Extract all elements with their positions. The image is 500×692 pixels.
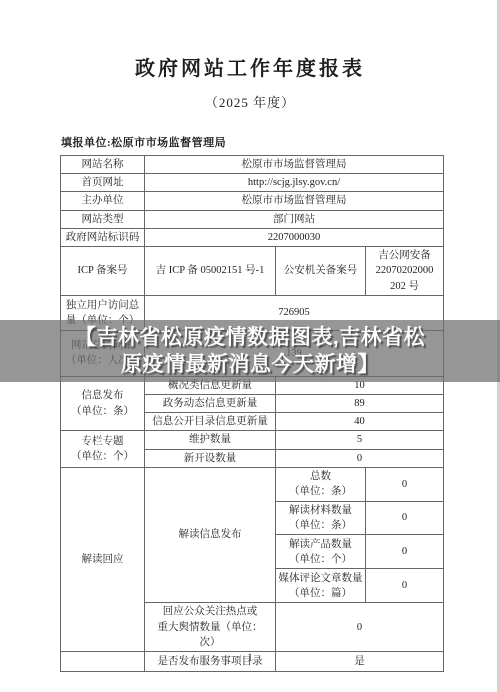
interpret-material-label: 解读材料数量 （单位：条） [276, 501, 366, 534]
row-value-site-type: 部门网站 [145, 210, 444, 228]
new-columns-value: 0 [276, 449, 444, 467]
maintained-count-label: 维护数量 [145, 431, 276, 449]
new-columns-label: 新开设数量 [145, 449, 276, 467]
report-page: 政府网站工作年度报表 （2025 年度） 填报单位:松原市市场监督管理局 网站名… [0, 0, 500, 692]
table-row: 主办单位 松原市市场监督管理局 [61, 192, 444, 210]
icp-label: ICP 备案号 [61, 247, 145, 296]
watermark-text-line2: 原疫情最新消息今天新增】 [121, 351, 379, 378]
table-row: 首页网址 http://scjg.jlsy.gov.cn/ [61, 174, 444, 192]
interpret-total-value: 0 [366, 467, 444, 501]
icp-value: 吉 ICP 备 05002151 号-1 [145, 247, 276, 296]
table-row-interpretation: 解读回应 解读信息发布 总数 （单位：条） 0 [61, 467, 444, 501]
row-value-homepage-url: http://scjg.jlsy.gov.cn/ [145, 174, 444, 192]
media-comment-value: 0 [366, 569, 444, 603]
info-dynamics-value: 89 [276, 394, 444, 412]
interpret-publish-label: 解读信息发布 [145, 467, 276, 602]
info-catalog-value: 40 [276, 413, 444, 431]
info-publish-section-label: 信息发布 （单位：条） [61, 376, 145, 431]
row-label-homepage-url: 首页网址 [61, 174, 145, 192]
interpret-product-label: 解读产品数量 （单位：个） [276, 535, 366, 569]
maintained-count-value: 5 [276, 431, 444, 449]
hotspot-response-label: 回应公众关注热点或 重大舆情数量（单位： 次） [145, 603, 276, 652]
police-filing-value: 吉公网安备 22070202000 202 号 [366, 247, 444, 296]
table-row: 网站名称 松原市市场监督管理局 [61, 156, 444, 174]
report-year-subtitle: （2025 年度） [0, 92, 500, 111]
row-label-site-type: 网站类型 [61, 210, 145, 228]
interpret-material-value: 0 [366, 501, 444, 534]
interpret-product-value: 0 [366, 535, 444, 569]
reporting-unit-line: 填报单位:松原市市场监督管理局 [61, 134, 226, 150]
row-value-site-id-code: 2207000030 [145, 228, 444, 246]
police-filing-label: 公安机关备案号 [276, 247, 366, 296]
info-dynamics-label: 政务动态信息更新量 [145, 394, 276, 412]
row-value-host-unit: 松原市市场监督管理局 [145, 192, 444, 210]
media-comment-label: 媒体评论文章数量 （单位：篇） [276, 569, 366, 603]
table-row: 网站类型 部门网站 [61, 210, 444, 228]
table-row: 政府网站标识码 2207000030 [61, 228, 444, 246]
table-row-special-columns: 专栏专题 （单位：个） 维护数量 5 [61, 431, 444, 449]
page-title: 政府网站工作年度报表 [0, 52, 500, 81]
interpret-total-label: 总数 （单位：条） [276, 467, 366, 501]
hotspot-response-value: 0 [276, 603, 444, 652]
response-section-label: 解读回应 [61, 467, 145, 651]
row-label-site-name: 网站名称 [61, 156, 145, 174]
table-row-icp: ICP 备案号 吉 ICP 备 05002151 号-1 公安机关备案号 吉公网… [61, 247, 444, 296]
info-catalog-label: 信息公开目录信息更新量 [145, 413, 276, 431]
row-value-site-name: 松原市市场监督管理局 [145, 156, 444, 174]
page-number: 1 [0, 650, 500, 665]
row-label-site-id-code: 政府网站标识码 [61, 228, 145, 246]
annual-report-table: 网站名称 松原市市场监督管理局 首页网址 http://scjg.jlsy.go… [60, 155, 444, 672]
watermark-text-line1: 【吉林省松原疫情数据图表,吉林省松 [75, 324, 425, 351]
row-label-host-unit: 主办单位 [61, 192, 145, 210]
seo-watermark-banner: 【吉林省松原疫情数据图表,吉林省松 原疫情最新消息今天新增】 [0, 320, 500, 382]
special-columns-section-label: 专栏专题 （单位：个） [61, 431, 145, 467]
